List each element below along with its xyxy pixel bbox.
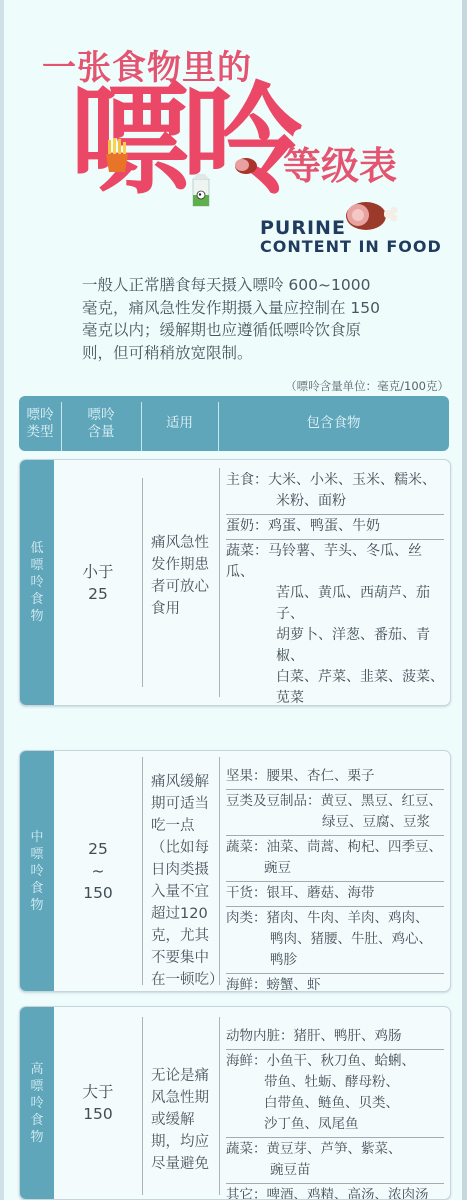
- english-title-line2: CONTENT IN FOOD: [260, 237, 442, 256]
- header-purine-amount: 嘌呤含量: [61, 396, 141, 451]
- meat-icon: [232, 156, 258, 176]
- food-list: 主食：大米、小米、玉米、糯米、 米粉、面粉 蛋奶：鸡蛋、鸭蛋、牛奶 蔬菜：马铃薯…: [226, 469, 444, 706]
- food-row-meat: 肉类：猪肉、牛肉、羊肉、鸡肉、 鸭肉、猪腰、牛肚、鸡心、 鸭胗: [226, 907, 444, 974]
- section-type-label: 低嘌呤食物: [20, 460, 54, 705]
- usage-text: 痛风急性发作期患者可放心食用: [142, 532, 219, 620]
- section-high-purine: 高嘌呤食物 大于150 无论是痛风急性期或缓解期，均应尽量避免 动物内脏：猪肝、…: [19, 1006, 451, 1200]
- section-type-label: 高嘌呤食物: [20, 1007, 54, 1199]
- usage-text: 无论是痛风急性期或缓解期，均应尽量避免: [142, 1065, 219, 1175]
- column-divider: [219, 757, 220, 985]
- header-usage: 适用: [141, 396, 218, 451]
- intro-paragraph: 一般人正常膳食每天摄入嘌呤 600~1000 毫克，痛风急性发作期摄入量应控制在…: [82, 274, 382, 364]
- milk-carton-icon: [192, 173, 210, 207]
- section-low-purine: 低嘌呤食物 小于25 痛风急性发作期患者可放心食用 主食：大米、小米、玉米、糯米…: [19, 459, 451, 706]
- food-row-others: 其它：啤酒、鸡精、高汤、浓肉汤: [226, 1184, 444, 1200]
- food-row-beans: 豆类及豆制品：黄豆、黑豆、红豆、 绿豆、豆腐、豆浆: [226, 790, 444, 836]
- food-row-staples: 主食：大米、小米、玉米、糯米、 米粉、面粉: [226, 469, 444, 515]
- purine-amount: 25~150: [54, 751, 142, 991]
- food-row-nuts: 坚果：腰果、杏仁、栗子: [226, 765, 444, 790]
- food-row-organ-meats: 动物内脏：猪肝、鸭肝、鸡肠: [226, 1025, 444, 1050]
- left-border: [0, 0, 4, 1200]
- food-row-vegetables: 蔬菜：黄豆芽、芦笋、紫菜、 豌豆苗: [226, 1138, 444, 1184]
- header-foods: 包含食物: [218, 396, 449, 451]
- fries-icon: [104, 138, 130, 174]
- english-title-line1: PURINE: [260, 217, 346, 239]
- food-row-eggs-dairy: 蛋奶：鸡蛋、鸭蛋、牛奶: [226, 515, 444, 540]
- food-list: 坚果：腰果、杏仁、栗子 豆类及豆制品：黄豆、黑豆、红豆、 绿豆、豆腐、豆浆 蔬菜…: [226, 765, 444, 992]
- section-medium-purine: 中嘌呤食物 25~150 痛风缓解期可适当吃一点（比如每日肉类摄入量不宜超过12…: [19, 750, 451, 992]
- header-purine-type: 嘌呤类型: [19, 396, 61, 451]
- column-divider: [219, 1017, 220, 1195]
- purine-amount: 大于150: [54, 1007, 142, 1199]
- ham-icon: [338, 198, 398, 234]
- table-header: 嘌呤类型 嘌呤含量 适用 包含食物: [19, 396, 449, 451]
- food-row-dried-goods: 干货：银耳、蘑菇、海带: [226, 882, 444, 907]
- usage-text: 痛风缓解期可适当吃一点（比如每日肉类摄入量不宜超过120 克，尤其不要集中在一顿…: [142, 771, 219, 991]
- purine-amount: 小于25: [54, 460, 142, 705]
- column-divider: [219, 468, 220, 697]
- food-row-seafood: 海鲜：螃蟹、虾: [226, 974, 444, 992]
- food-row-seafood: 海鲜：小鱼干、秋刀鱼、蛤蜊、 带鱼、牡蛎、酵母粉、 白带鱼、鲢鱼、贝类、 沙丁鱼…: [226, 1050, 444, 1138]
- food-row-vegetables: 蔬菜：油菜、茼蒿、枸杞、四季豆、 豌豆: [226, 836, 444, 882]
- food-row-vegetables: 蔬菜：马铃薯、芋头、冬瓜、丝瓜、 苦瓜、黄瓜、西葫芦、茄子、 胡萝卜、洋葱、番茄…: [226, 540, 444, 706]
- section-type-label: 中嘌呤食物: [20, 751, 54, 991]
- unit-note: （嘌呤含量单位：毫克/100克）: [285, 378, 449, 394]
- food-list: 动物内脏：猪肝、鸭肝、鸡肠 海鲜：小鱼干、秋刀鱼、蛤蜊、 带鱼、牡蛎、酵母粉、 …: [226, 1025, 444, 1200]
- right-border: [462, 0, 467, 1200]
- grade-title: 等级表: [283, 135, 397, 190]
